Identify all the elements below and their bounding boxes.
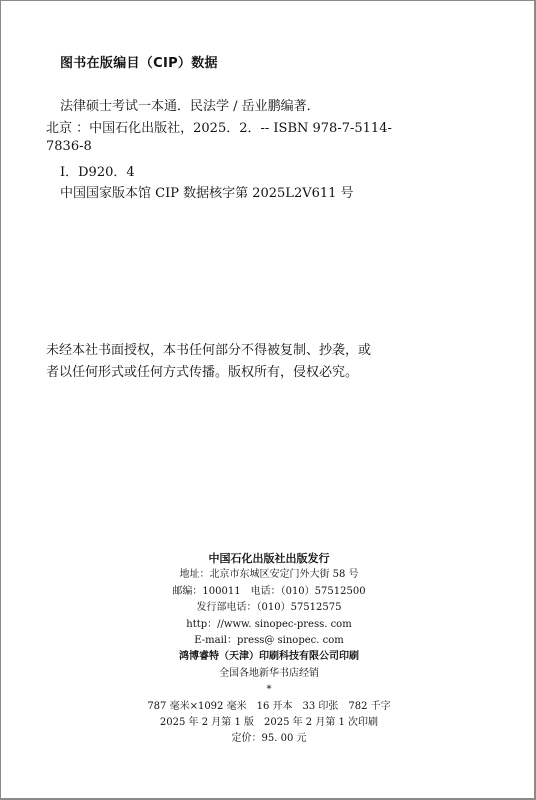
separator-star: * [1, 682, 536, 698]
edition-info: 2025 年 2 月第 1 版 2025 年 2 月第 1 次印刷 [1, 715, 536, 731]
price: 定价：95. 00 元 [1, 731, 536, 747]
cip-line-isbn-cont: 7836-8 [46, 139, 92, 154]
distributor: 全国各地新华书店经销 [1, 666, 536, 682]
colophon: 中国石化出版社出版发行 地址：北京市东城区安定门外大街 58 号 邮编：1000… [1, 551, 536, 748]
printer: 鸿博睿特（天津）印刷科技有限公司印刷 [1, 649, 536, 665]
cip-line-classification: Ⅰ．D920．4 [60, 161, 135, 180]
cip-line-record-number: 中国国家版本馆 CIP 数据核字第 2025L2V611 号 [60, 182, 354, 201]
copyright-notice: 未经本社书面授权，本书任何部分不得被复制、抄袭，或 者以任何形式或任何方式传播。… [46, 340, 371, 384]
website: http：//www. sinopec-press. com [1, 617, 536, 633]
notice-line: 者以任何形式或任何方式传播。版权所有，侵权必究。 [46, 362, 371, 384]
postcode-phone: 邮编：100011 电话：（010）57512500 [1, 584, 536, 600]
publisher-address: 地址：北京市东城区安定门外大街 58 号 [1, 567, 536, 583]
copyright-page: 图书在版编目（CIP）数据 法律硕士考试一本通．民法学 / 岳业鹏编著． 北京 … [0, 0, 536, 800]
cip-title: 图书在版编目（CIP）数据 [60, 52, 218, 71]
book-specs: 787 毫米×1092 毫米 16 开本 33 印张 782 千字 [1, 699, 536, 715]
cip-line-title-author: 法律硕士考试一本通．民法学 / 岳业鹏编著． [60, 95, 320, 114]
notice-line: 未经本社书面授权，本书任何部分不得被复制、抄袭，或 [46, 340, 371, 362]
cip-line-publisher-isbn: 北京 ：中国石化出版社，2025．2．-- ISBN 978-7-5114- [46, 117, 392, 136]
sales-phone: 发行部电话：（010）57512575 [1, 600, 536, 616]
publisher-name: 中国石化出版社出版发行 [1, 551, 536, 567]
email: E-mail：press@ sinopec. com [1, 633, 536, 649]
